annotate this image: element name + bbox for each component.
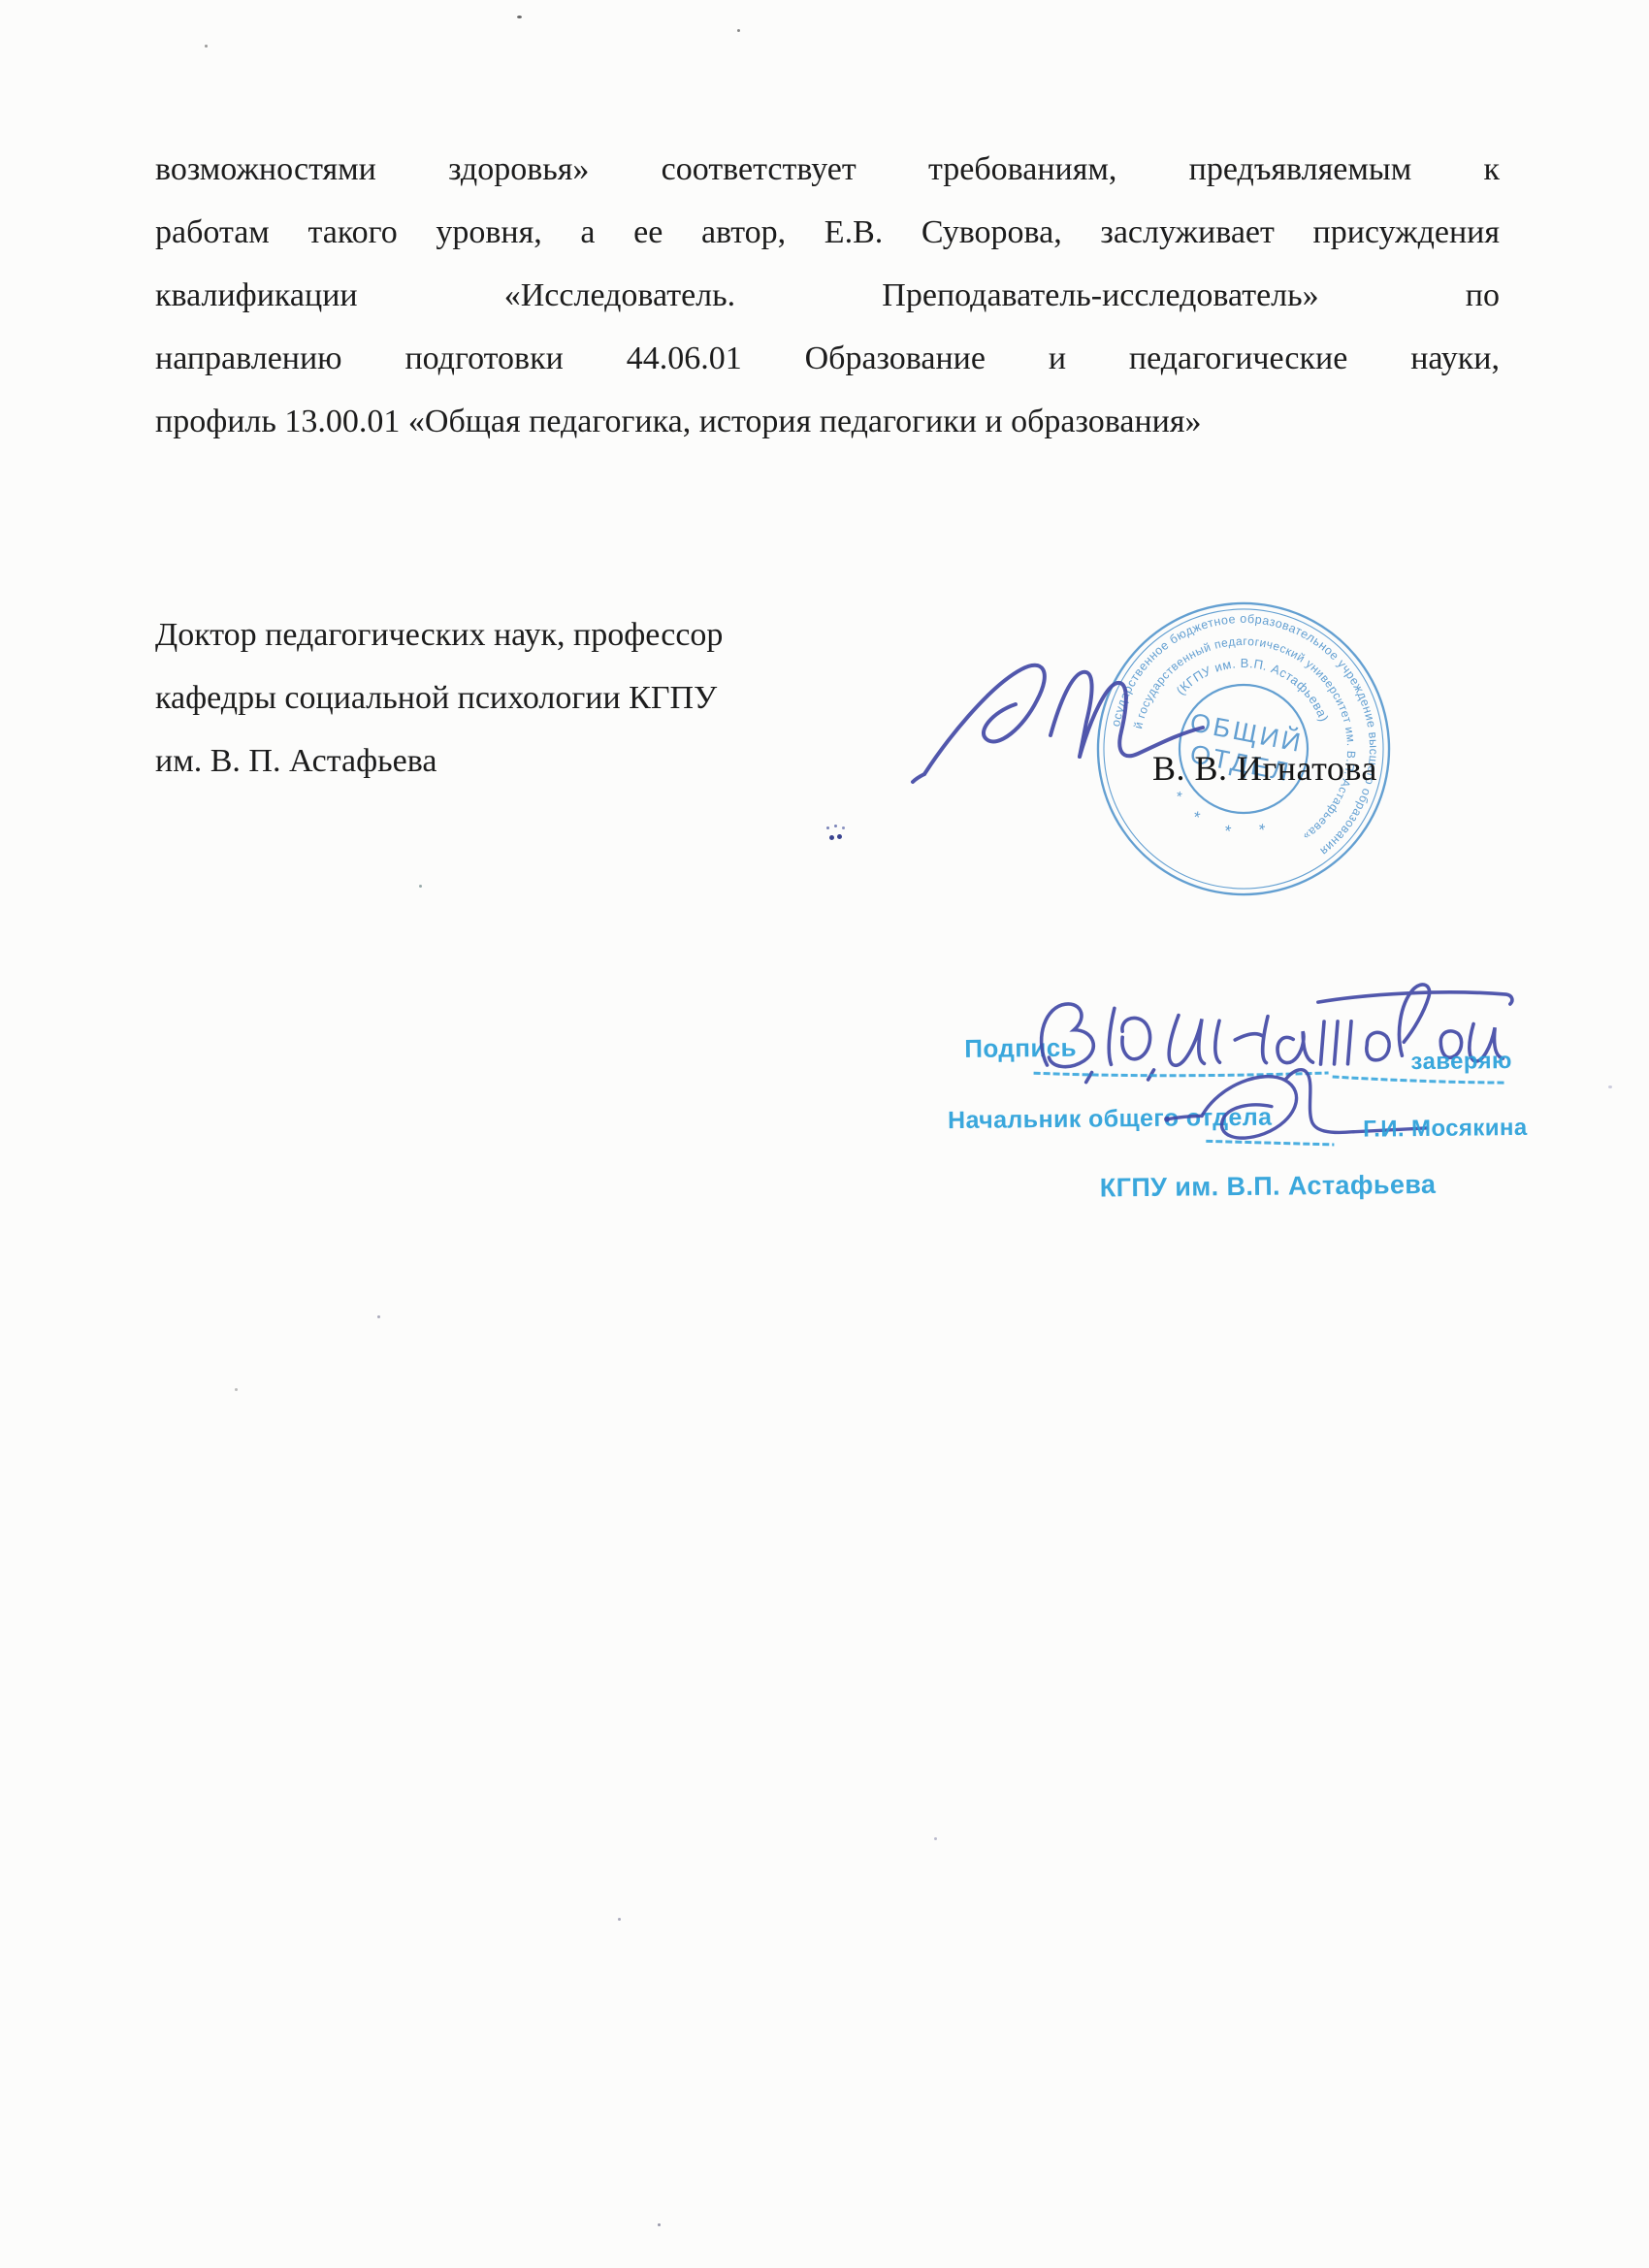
signatory-title-block: Доктор педагогических наук, профессор ка… [155,603,723,793]
paragraph-line: профиль 13.00.01 «Общая педагогика, исто… [155,390,1500,453]
scan-speck [419,885,422,888]
certification-block: Подпись [921,977,1554,1246]
scan-speck [377,1315,380,1318]
scan-speck [934,1837,937,1840]
signatory-line: им. В. П. Астафьева [155,729,723,793]
stamp-star: * [1256,821,1266,840]
review-conclusion-paragraph: возможностями здоровья» соответствует тр… [155,138,1500,453]
scan-speck [517,16,522,18]
stamp-star: * [1192,808,1202,827]
reviewer-signature-scribble [907,640,1227,805]
scan-speck [1608,1085,1612,1088]
ink-speck [842,826,845,829]
stamp-star: * [1222,822,1232,841]
signatory-line: кафедры социальной психологии КГПУ [155,666,723,729]
ink-speck [829,835,834,840]
ink-speck [837,834,842,839]
paragraph-line: квалификации «Исследователь. Преподавате… [155,264,1500,327]
scan-speck [737,29,740,32]
paragraph-line: работам такого уровня, а ее автор, Е.В. … [155,201,1500,264]
paragraph-line: направлению подготовки 44.06.01 Образова… [155,327,1500,390]
ink-speck [834,825,837,827]
certifier-name: Г.И. Мосякина [1363,1115,1528,1144]
ink-speck [826,826,829,829]
scanned-review-page: возможностями здоровья» соответствует тр… [0,0,1649,2268]
scan-speck [618,1918,621,1921]
scan-speck [205,45,208,48]
certification-organization: КГПУ им. В.П. Астафьева [1100,1170,1437,1204]
scan-speck [658,2223,661,2226]
paragraph-line: возможностями здоровья» соответствует тр… [155,138,1500,201]
signatory-line: Доктор педагогических наук, профессор [155,603,723,666]
scan-speck [235,1388,238,1391]
